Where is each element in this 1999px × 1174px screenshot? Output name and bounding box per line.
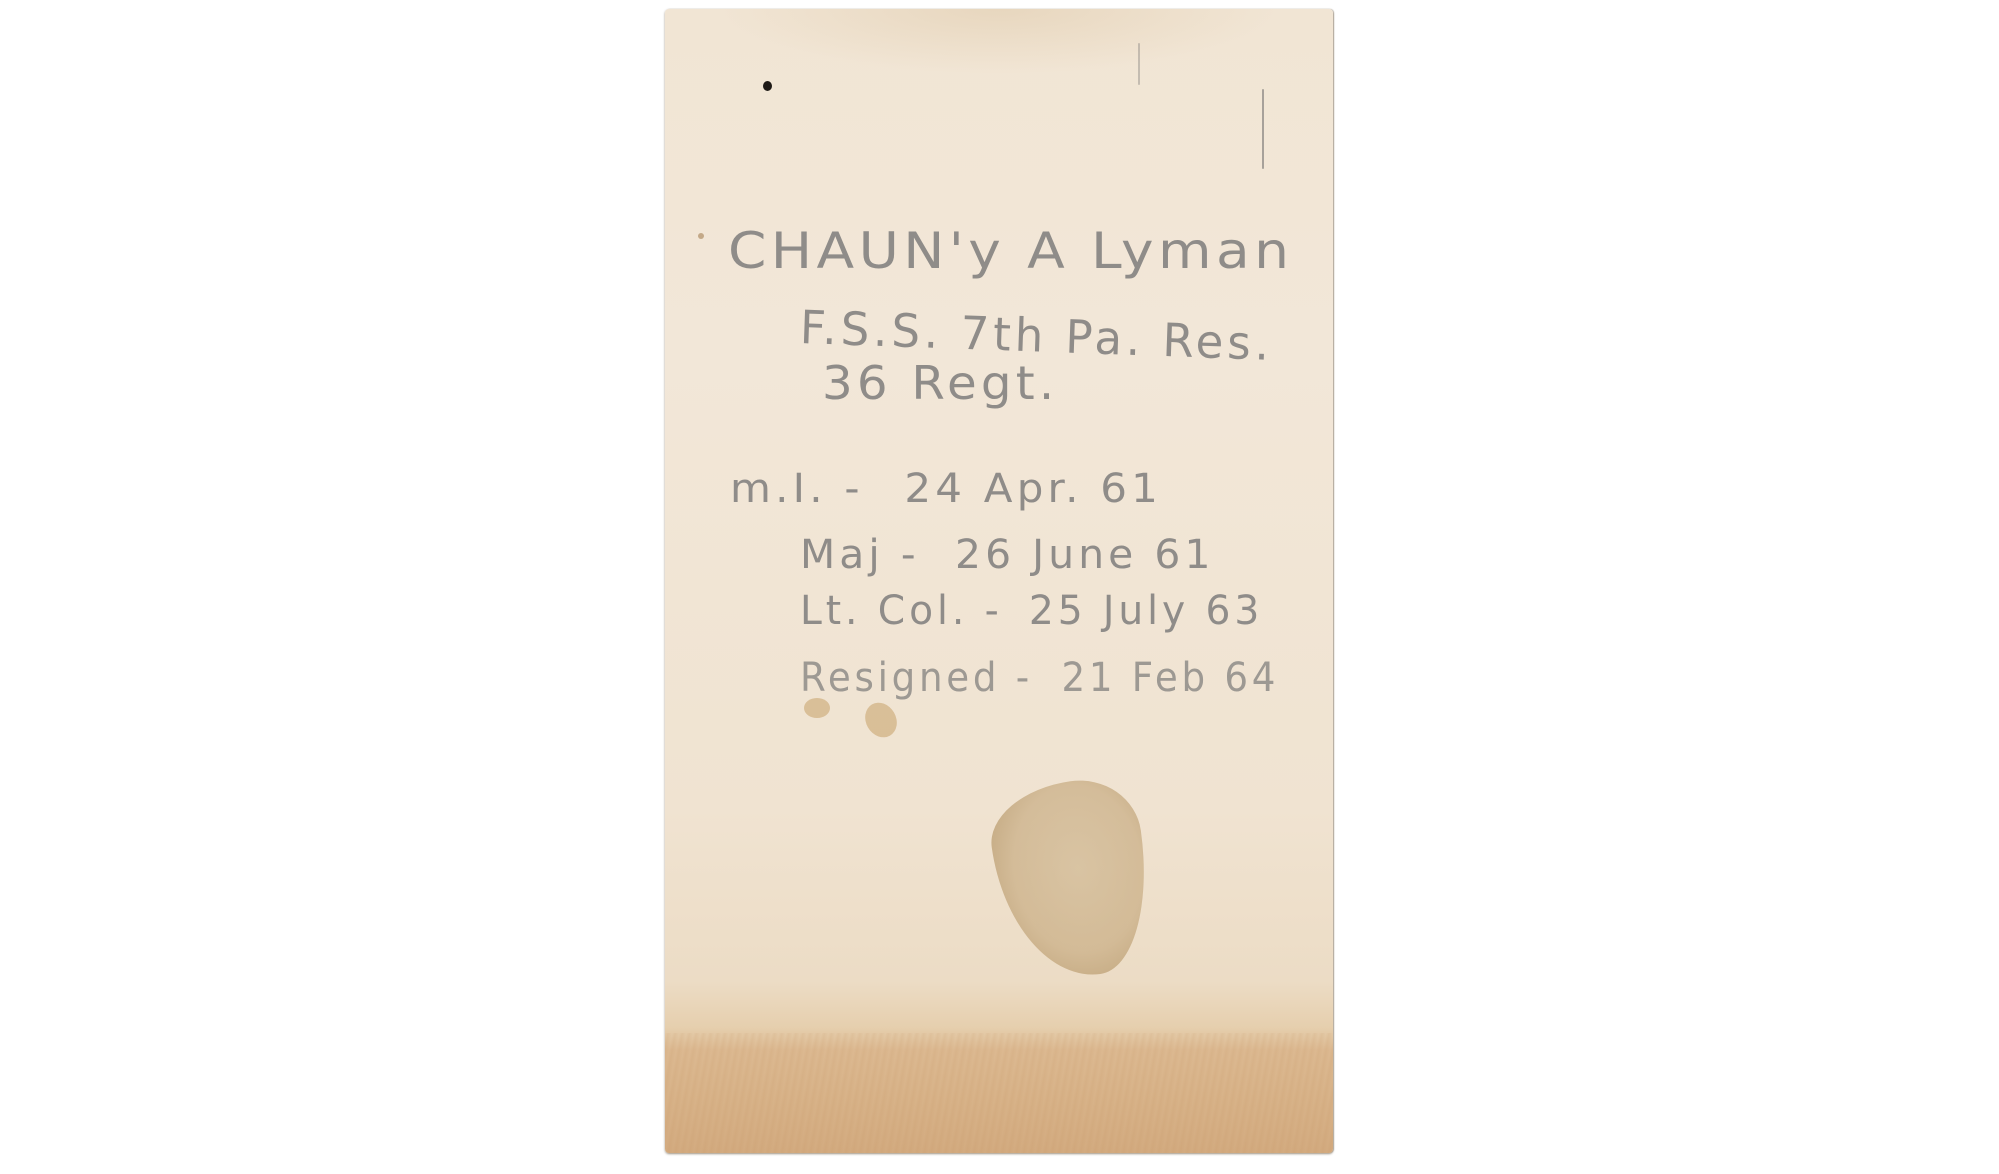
service-rank: Resigned -	[800, 655, 1033, 701]
rust-spot	[698, 233, 704, 239]
photo-card-back	[665, 9, 1333, 1153]
service-date: 25 July 63	[1029, 588, 1263, 634]
pencil-mark	[1138, 43, 1140, 85]
service-rank: Lt. Col. -	[800, 588, 1003, 634]
small-stain	[804, 698, 830, 718]
ink-dot	[763, 81, 772, 91]
service-record-row: Lt. Col. - 25 July 63	[800, 588, 1263, 634]
service-record-row: m.I. - 24 Apr. 61	[730, 466, 1162, 512]
inscription-name: CHAUN'y A Lyman	[728, 222, 1293, 280]
service-date: 24 Apr. 61	[904, 466, 1162, 512]
service-record-row: Maj - 26 June 61	[800, 532, 1214, 578]
service-rank: m.I. -	[730, 466, 864, 512]
inscription-regiment: 36 Regt.	[822, 356, 1058, 410]
service-rank: Maj -	[800, 532, 920, 578]
pencil-mark	[1262, 89, 1264, 169]
service-record-row: Resigned - 21 Feb 64	[800, 655, 1279, 701]
service-date: 26 June 61	[955, 532, 1214, 578]
service-date: 21 Feb 64	[1061, 655, 1279, 701]
